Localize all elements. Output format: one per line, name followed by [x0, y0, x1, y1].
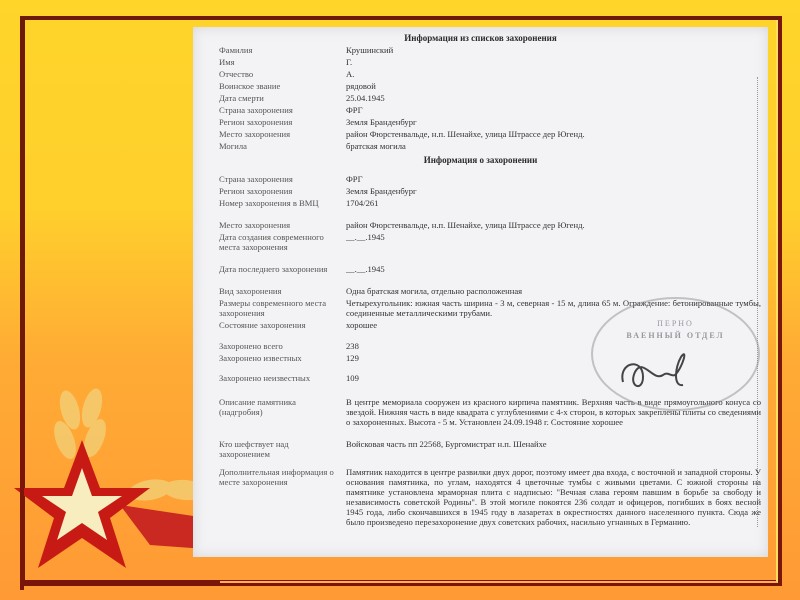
field-label: Имя: [219, 57, 334, 67]
field-value: район Фюрстенвальде, н.п. Шенайхе, улица…: [346, 220, 761, 230]
field-label: Место захоронения: [219, 129, 334, 139]
field-value: район Фюрстенвальде, н.п. Шенайхе, улица…: [346, 129, 761, 139]
field-label: Воинское звание: [219, 81, 334, 91]
signature: [613, 337, 703, 397]
field-label: Захоронено известных: [219, 353, 334, 363]
field-value: Г.: [346, 57, 761, 67]
field-label: Регион захоронения: [219, 186, 334, 196]
field-value: Земля Бранденбург: [346, 117, 761, 127]
section-title-burial-lists: Информация из списков захоронения: [193, 33, 768, 43]
field-label: Номер захоронения в ВМЦ: [219, 198, 334, 208]
field-label: Страна захоронения: [219, 105, 334, 115]
section-title-burial-info: Информация о захоронении: [193, 155, 768, 165]
field-value: Крушинский: [346, 45, 761, 55]
field-label: Состояние захоронения: [219, 320, 334, 330]
field-value: Одна братская могила, отдельно расположе…: [346, 286, 761, 296]
field-label: Могила: [219, 141, 334, 151]
field-value: Памятник находится в центре развилки дву…: [346, 467, 761, 527]
field-label: Регион захоронения: [219, 117, 334, 127]
field-value: Земля Бранденбург: [346, 186, 761, 196]
field-value: 1704/261: [346, 198, 761, 208]
field-label: Кто шефствует над захоронением: [219, 439, 334, 459]
field-value: братская могила: [346, 141, 761, 151]
field-value: __.__.1945: [346, 264, 761, 274]
field-value: __.__.1945: [346, 232, 761, 242]
field-label: Размеры современного места захоронения: [219, 298, 334, 318]
field-label: Захоронено неизвестных: [219, 373, 334, 383]
field-label: Дата смерти: [219, 93, 334, 103]
burial-record-document: Информация из списков захоронения Фамили…: [193, 27, 768, 557]
field-label: Дата создания современного места захорон…: [219, 232, 334, 252]
field-value: Войсковая часть пп 22568, Бургомистрат н…: [346, 439, 761, 449]
field-label: Дата последнего захоронения: [219, 264, 334, 274]
field-label: Страна захоронения: [219, 174, 334, 184]
field-value: ФРГ: [346, 105, 761, 115]
field-label: Фамилия: [219, 45, 334, 55]
red-star-wheat-emblem-icon: [0, 380, 220, 600]
field-value: ФРГ: [346, 174, 761, 184]
field-value: рядовой: [346, 81, 761, 91]
field-label: Описание памятника (надгробия): [219, 397, 334, 417]
field-value: 25.04.1945: [346, 93, 761, 103]
field-label: Захоронено всего: [219, 341, 334, 351]
field-label: Дополнительная информация о месте захоро…: [219, 467, 334, 487]
field-label: Место захоронения: [219, 220, 334, 230]
field-label: Вид захоронения: [219, 286, 334, 296]
field-label: Отчество: [219, 69, 334, 79]
field-value: А.: [346, 69, 761, 79]
